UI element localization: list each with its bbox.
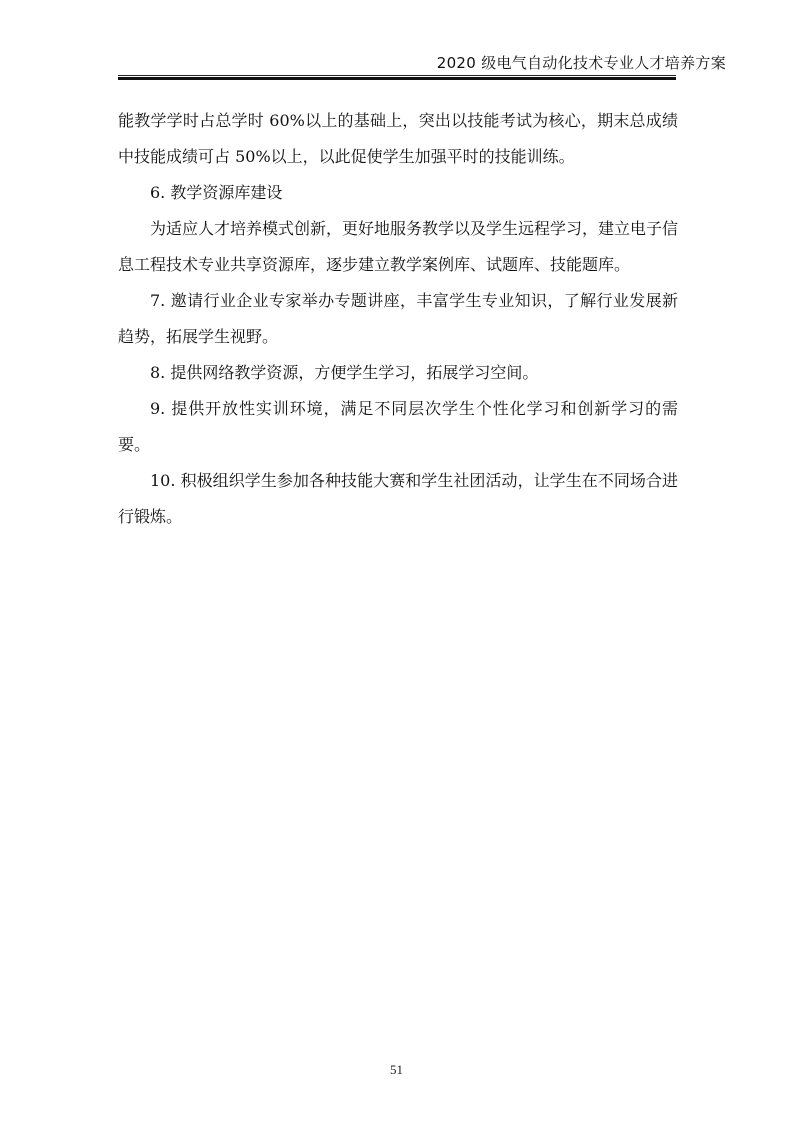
list-item-8: 8. 提供网络教学资源，方便学生学习，拓展学习空间。 [118, 355, 678, 391]
list-item-7: 7. 邀请行业企业专家举办专题讲座，丰富学生专业知识，了解行业发展新趋势，拓展学… [118, 283, 678, 355]
section-heading-resource-library: 6. 教学资源库建设 [118, 175, 678, 211]
list-item-10: 10. 积极组织学生参加各种技能大赛和学生社团活动，让学生在不同场合进行锻炼。 [118, 463, 678, 535]
header-divider [118, 75, 676, 80]
page-header: 2020 级电气自动化技术专业人才培养方案 [118, 52, 726, 82]
page-body: 能教学学时占总学时 60%以上的基础上，突出以技能考试为核心，期末总成绩中技能成… [118, 103, 678, 535]
paragraph-resource-library: 为适应人才培养模式创新，更好地服务教学以及学生远程学习，建立电子信息工程技术专业… [118, 211, 678, 283]
page-number: 51 [0, 1062, 793, 1078]
paragraph-continuation: 能教学学时占总学时 60%以上的基础上，突出以技能考试为核心，期末总成绩中技能成… [118, 103, 678, 175]
list-item-9: 9. 提供开放性实训环境，满足不同层次学生个性化学习和创新学习的需要。 [118, 391, 678, 463]
document-title: 2020 级电气自动化技术专业人才培养方案 [437, 52, 726, 73]
